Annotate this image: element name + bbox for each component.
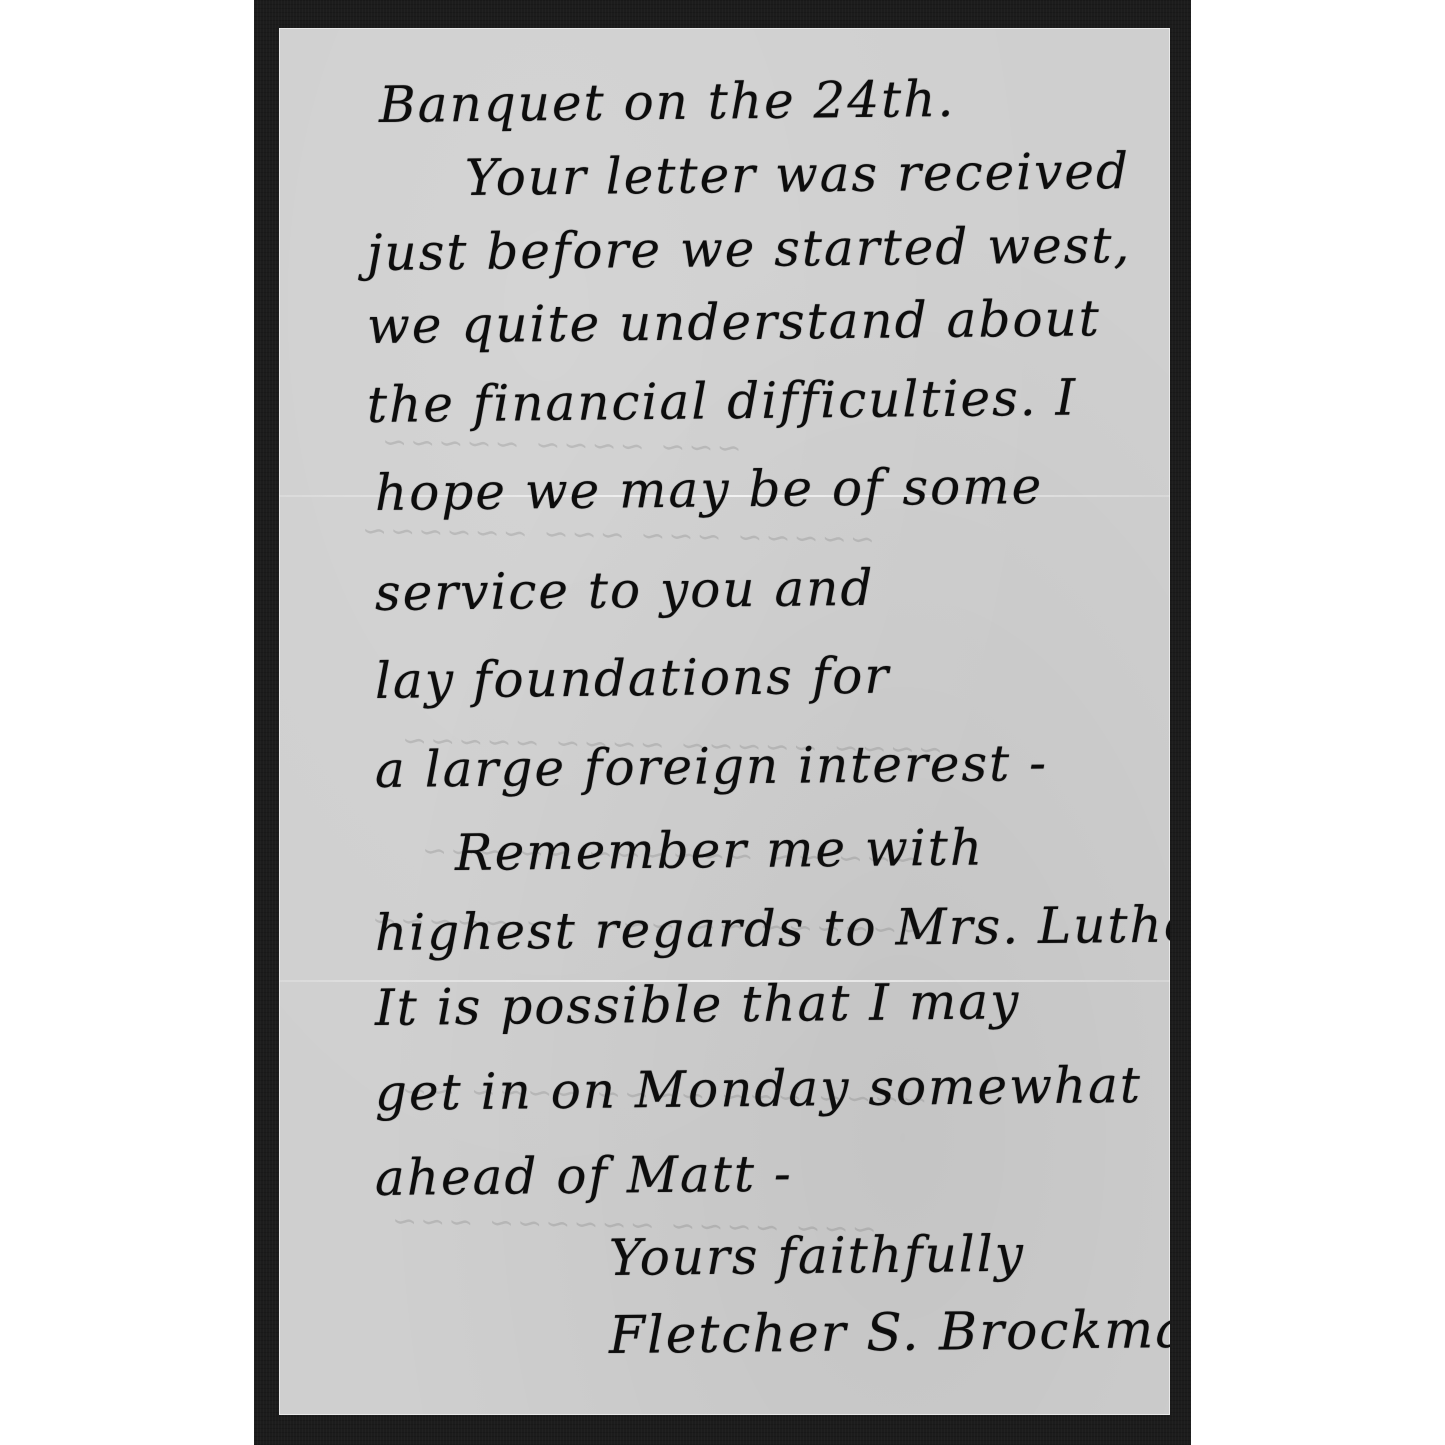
letter-line: service to you and (375, 563, 875, 618)
letter-line: we quite understand about (367, 293, 1101, 351)
letter-paper: ~~~ ~~~~ ~~~~~ ~~~~~ ~~~ ~~~ ~~~~~~ ~~~~… (279, 28, 1170, 1415)
signature: Fletcher S. Brockman (609, 1304, 1170, 1362)
letter-line: a large foreign interest - (375, 738, 1048, 795)
letter-line: Banquet on the 24th. (379, 74, 956, 130)
letter-line: the financial difficulties. I (367, 373, 1078, 430)
letter-line: just before we started west, (367, 220, 1132, 278)
letter-line: get in on Monday somewhat (375, 1060, 1142, 1118)
letter-line: highest regards to Mrs. Luther. (375, 899, 1170, 958)
closing: Yours faithfully (609, 1229, 1025, 1283)
letter-line: hope we may be of some (375, 461, 1044, 518)
letter-line: It is possible that I may (375, 976, 1021, 1033)
letter-line: Remember me with (455, 822, 985, 878)
letter-line: ahead of Matt - (375, 1149, 793, 1203)
letter-line: Your letter was received (465, 146, 1130, 203)
letter-line: lay foundations for (375, 651, 891, 706)
